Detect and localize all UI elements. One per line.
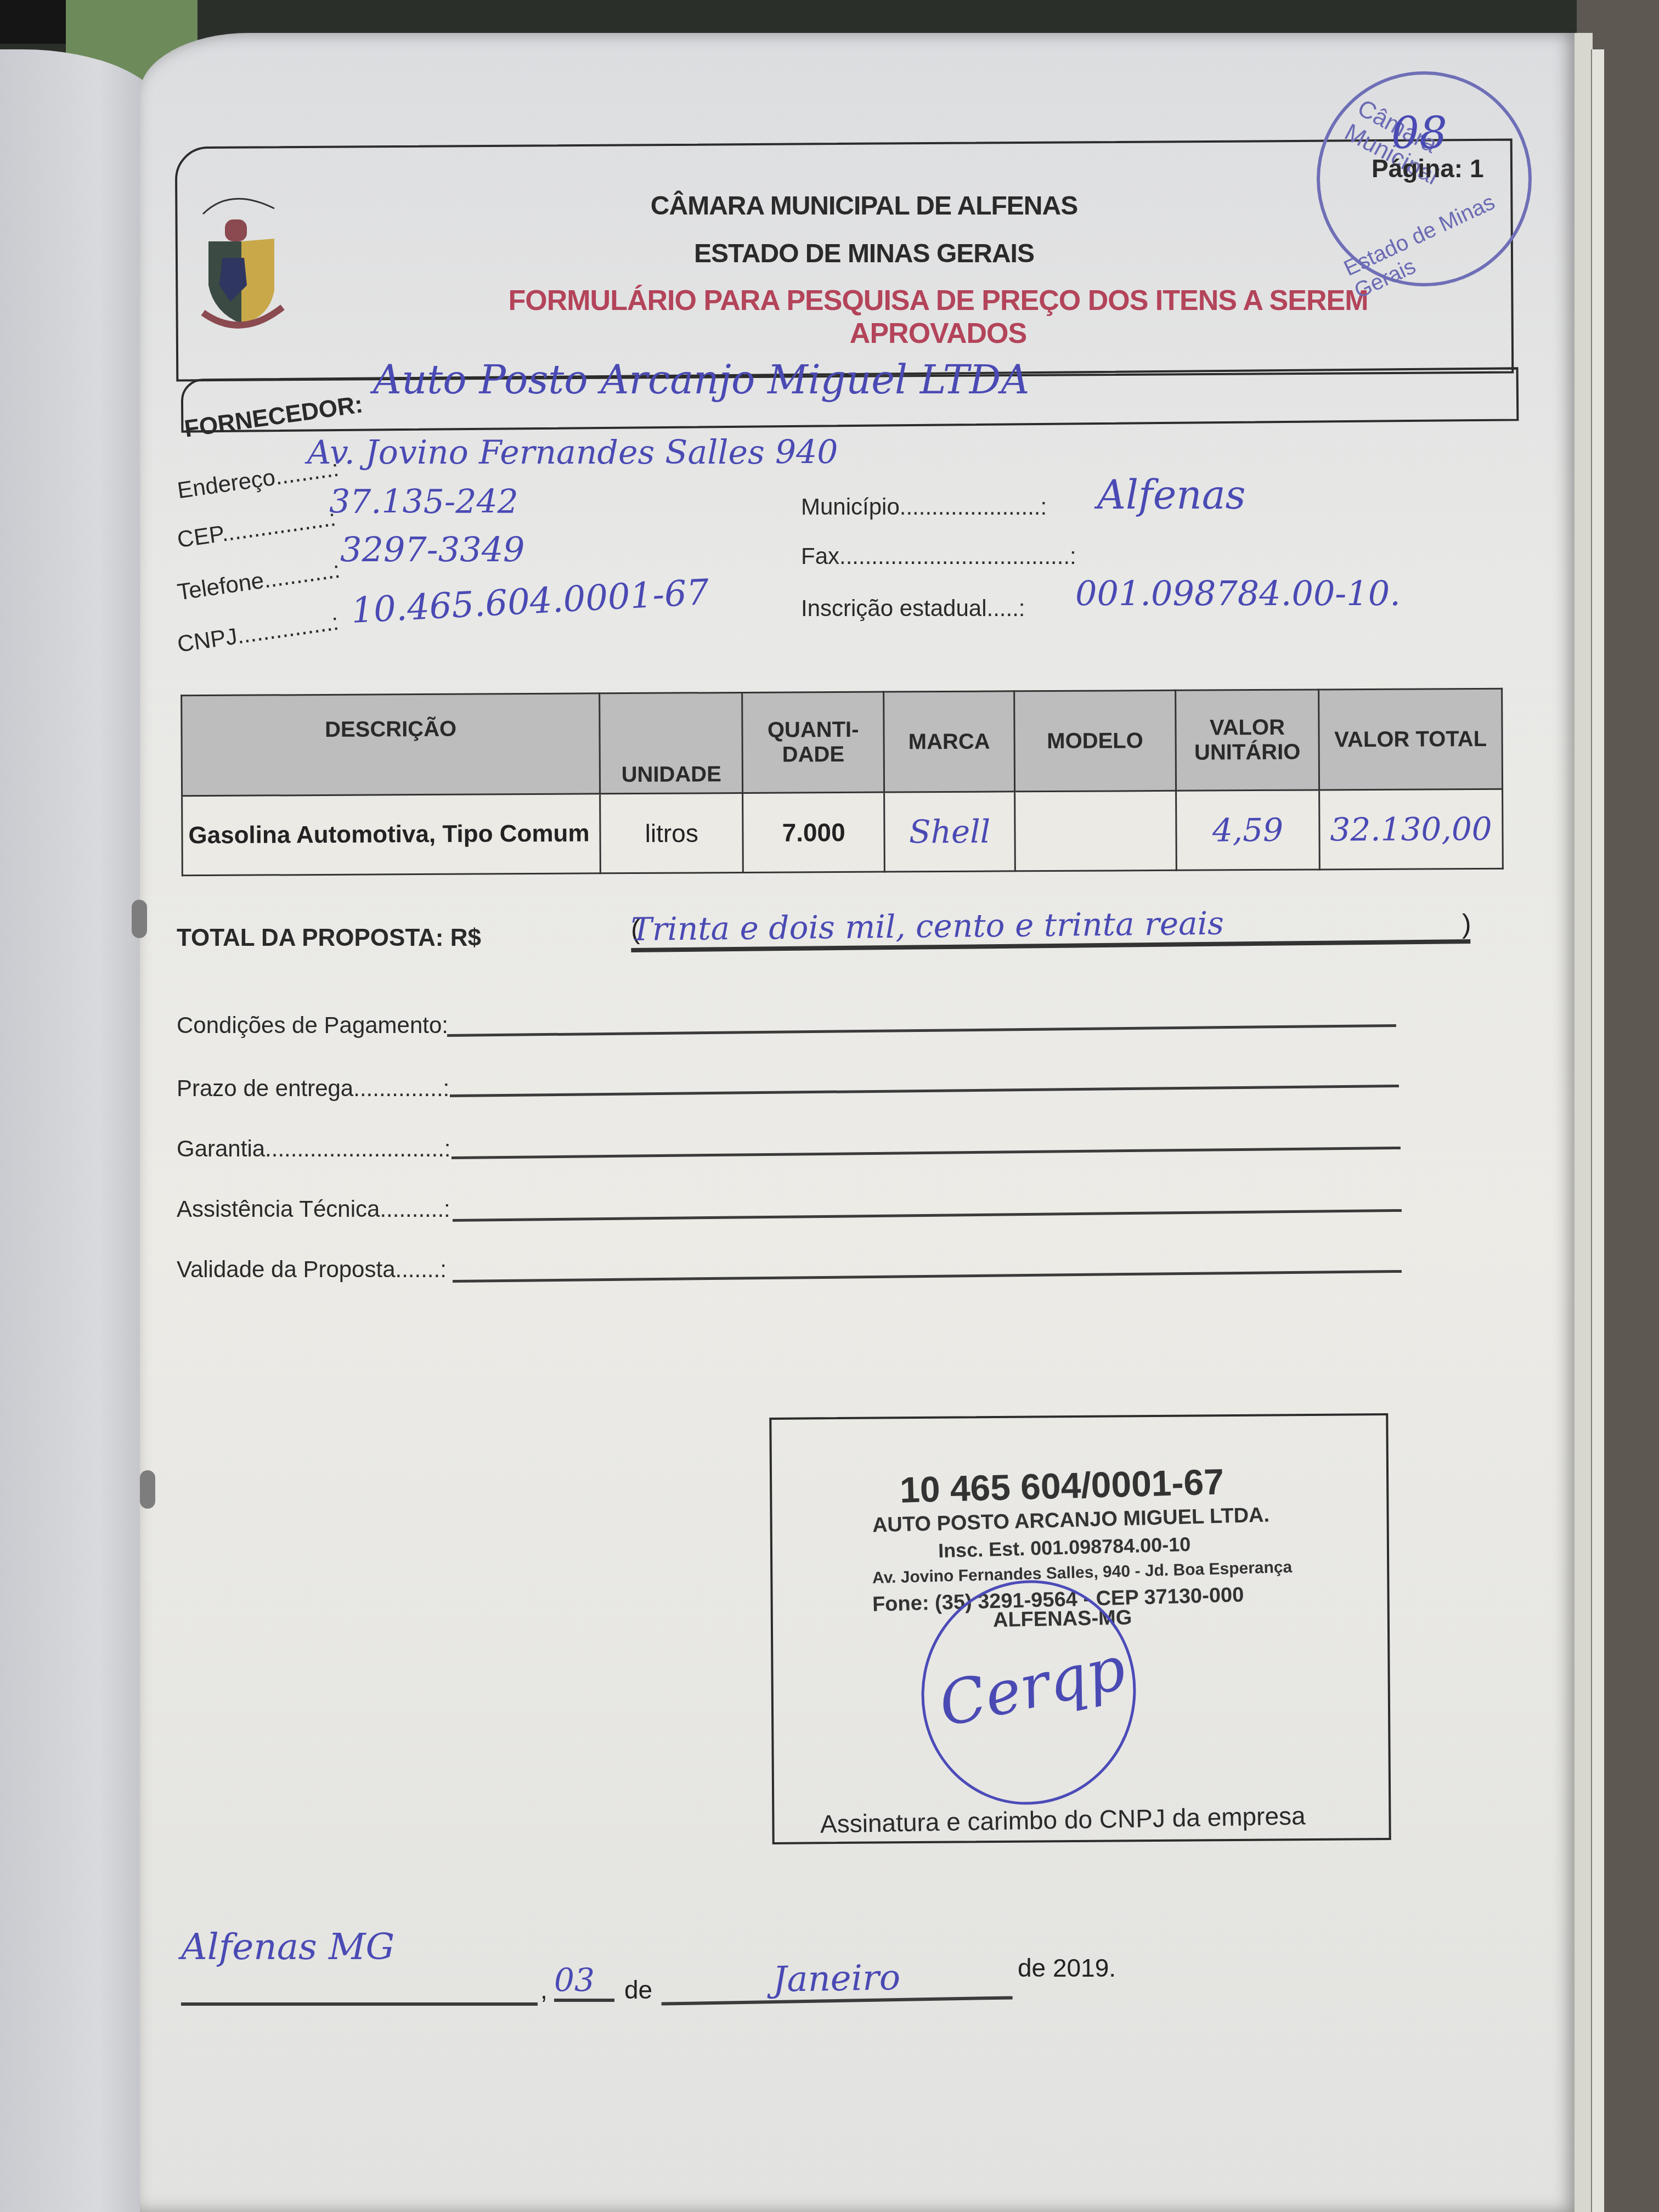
institution-name: CÂMARA MUNICIPAL DE ALFENAS: [549, 191, 1180, 221]
cell-unit: litros: [600, 793, 743, 873]
total-proposal-label: TOTAL DA PROPOSTA: R$: [177, 924, 481, 952]
fax-label: Fax....................................:: [801, 543, 1076, 569]
col-total-price: VALOR TOTAL: [1319, 689, 1503, 790]
binder-ring: [140, 1470, 155, 1509]
cell-total-price[interactable]: 32.130,00: [1319, 789, 1503, 870]
total-in-words-field[interactable]: Trinta e dois mil, cento e trinta reais: [631, 902, 1471, 952]
col-unit: UNIDADE: [600, 692, 743, 793]
date-city-field[interactable]: Alfenas MG: [181, 1926, 394, 1968]
col-description: DESCRIÇÃO: [182, 693, 600, 796]
date-day-field[interactable]: 03: [554, 1961, 614, 2002]
cell-unit-price[interactable]: 4,59: [1176, 790, 1319, 870]
payment-terms-label: Condições de Pagamento:: [177, 1012, 448, 1039]
date-comma: ,: [540, 1975, 548, 2005]
delivery-time-label: Prazo de entrega..............:: [177, 1075, 449, 1102]
warranty-label: Garantia............................:: [177, 1136, 451, 1162]
proposal-validity-label: Validade da Proposta.......:: [177, 1256, 447, 1283]
cell-brand[interactable]: Shell: [884, 792, 1015, 872]
date-de: de: [624, 1975, 652, 2005]
municipal-coat-of-arms-icon: [192, 176, 291, 340]
state-registration-label: Inscrição estadual.....:: [801, 595, 1025, 622]
supplier-name-field[interactable]: Auto Posto Arcanjo Miguel LTDA: [373, 357, 1030, 403]
cell-quantity: 7.000: [743, 792, 885, 872]
address-field[interactable]: Av. Jovino Fernandes Salles 940: [307, 433, 838, 472]
close-paren: ): [1462, 908, 1471, 940]
date-city-line: [181, 2002, 538, 2006]
background-dark: [0, 0, 66, 44]
binder-ring: [132, 900, 147, 938]
col-quantity: QUANTI-DADE: [742, 692, 884, 793]
col-brand: MARCA: [884, 691, 1015, 792]
municipality-field[interactable]: Alfenas: [1097, 472, 1246, 518]
cell-description: Gasolina Automotiva, Tipo Comum: [182, 794, 601, 876]
state-name: ESTADO DE MINAS GERAIS: [549, 239, 1180, 269]
stamp-cnpj: 10 465 604/0001-67: [899, 1460, 1224, 1510]
municipality-label: Município......................:: [801, 494, 1047, 520]
col-unit-price: VALOR UNITÁRIO: [1175, 690, 1319, 791]
tech-support-label: Assistência Técnica..........:: [177, 1196, 450, 1222]
page-stack-edge-back: [1591, 49, 1604, 2212]
date-month-field[interactable]: Janeiro: [661, 1955, 1012, 2005]
table-row: Gasolina Automotiva, Tipo Comum litros 7…: [182, 789, 1503, 876]
col-model: MODELO: [1014, 690, 1176, 792]
state-registration-field[interactable]: 001.098784.00-10.: [1075, 573, 1401, 613]
table-header-row: DESCRIÇÃO UNIDADE QUANTI-DADE MARCA MODE…: [182, 689, 1503, 796]
items-table: DESCRIÇÃO UNIDADE QUANTI-DADE MARCA MODE…: [180, 688, 1504, 877]
form-title: FORMULÁRIO PARA PESQUISA DE PREÇO DOS IT…: [417, 284, 1459, 350]
phone-field[interactable]: 3297-3349: [340, 529, 525, 569]
seal-handwritten-number: 08: [1391, 108, 1447, 159]
page-number: Página: 1: [1372, 154, 1484, 183]
cell-model[interactable]: [1015, 791, 1176, 871]
cep-field[interactable]: 37.135-242: [329, 483, 518, 521]
date-year: de 2019.: [1018, 1953, 1116, 1983]
